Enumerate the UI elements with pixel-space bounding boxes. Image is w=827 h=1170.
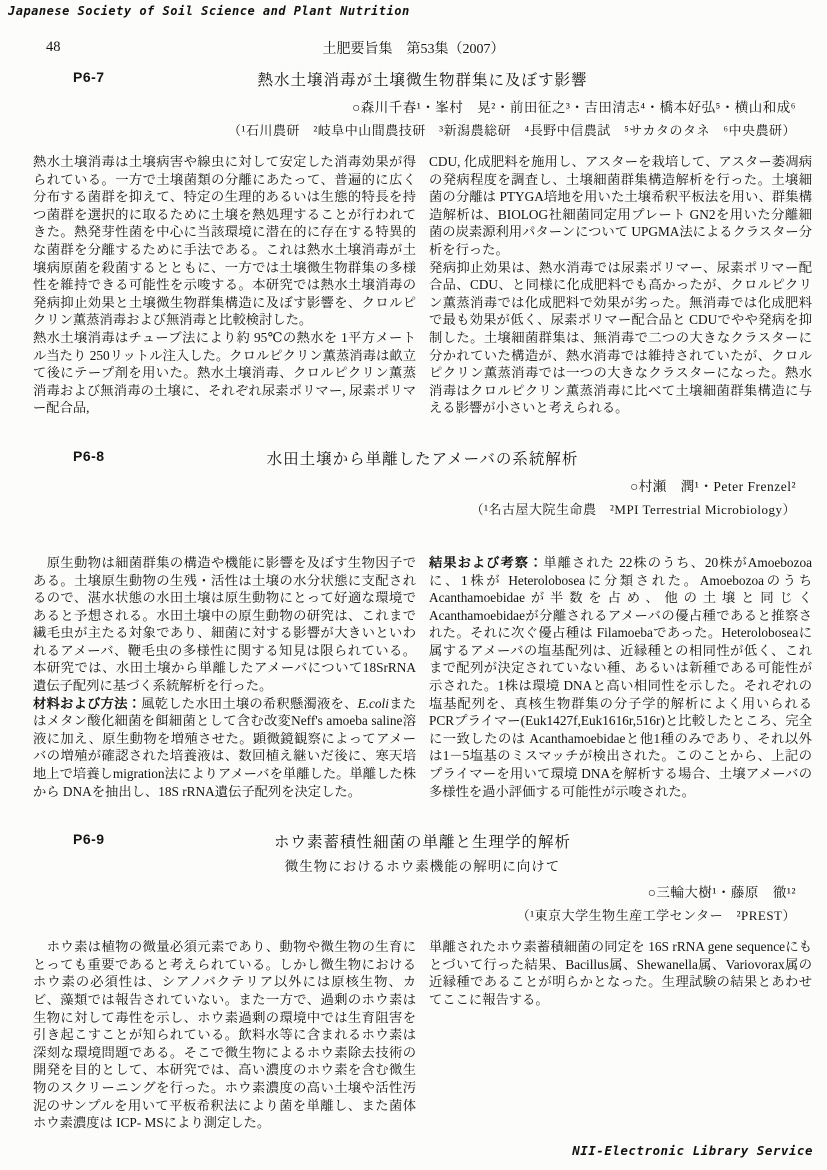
scanned-abstract-page: { "page": { "watermark": "Japanese Socie… — [0, 0, 827, 1170]
abstract-id: P6-7 — [73, 69, 105, 85]
body-paragraph: 熱水土壌消毒は土壌病害や線虫に対して安定した消毒効果が得られている。一方で土壌菌… — [33, 153, 416, 329]
page-content: P6-7 熱水土壌消毒が土壌微生物群集に及ぼす影響 ○森川千春¹・峯村 晃²・前… — [33, 68, 812, 1162]
body-right-column: 単離されたホウ素蓄積細菌の同定を 16S rRNA gene sequenceに… — [429, 938, 812, 1132]
abstract-authors: ○森川千春¹・峯村 晃²・前田征之³・吉田清志⁴・橋本好弘⁵・横山和成⁶ — [33, 96, 812, 116]
body-paragraph: CDU, 化成肥料を施用し、アスターを栽培して、アスター萎凋病の発病程度を調査し… — [429, 153, 812, 259]
abstract-p6-8: P6-8 水田土壌から単離したアメーバの系統解析 ○村瀬 潤¹・Peter Fr… — [33, 447, 812, 800]
abstract-p6-7: P6-7 熱水土壌消毒が土壌微生物群集に及ぼす影響 ○森川千春¹・峯村 晃²・前… — [33, 68, 812, 417]
body-left-column: 熱水土壌消毒は土壌病害や線虫に対して安定した消毒効果が得られている。一方で土壌菌… — [33, 153, 416, 417]
abstract-body: 原生動物は細菌群集の構造や機能に影響を及ぼす生物因子である。土壌原生動物の生残・… — [33, 554, 812, 800]
abstract-heading: P6-8 水田土壌から単離したアメーバの系統解析 — [33, 447, 812, 469]
abstract-p6-9: P6-9 ホウ素蓄積性細菌の単離と生理学的解析 微生物におけるホウ素機能の解明に… — [33, 830, 812, 1132]
abstract-affiliations: （¹石川農研 ²岐阜中山間農技研 ³新潟農総研 ⁴長野中信農試 ⁵サカタのタネ … — [33, 120, 812, 139]
body-paragraph: 単離されたホウ素蓄積細菌の同定を 16S rRNA gene sequenceに… — [429, 938, 812, 1008]
abstract-body: 熱水土壌消毒は土壌病害や線虫に対して安定した消毒効果が得られている。一方で土壌菌… — [33, 153, 812, 417]
abstract-title: ホウ素蓄積性細菌の単離と生理学的解析 — [274, 834, 571, 851]
abstract-affiliations: （¹名古屋大院生命農 ²MPI Terrestrial Microbiology… — [33, 499, 812, 518]
body-left-column: 原生動物は細菌群集の構造や機能に影響を及ぼす生物因子である。土壌原生動物の生残・… — [33, 554, 416, 800]
abstract-affiliations: （¹東京大学生物生産工学センター ²PREST） — [33, 905, 812, 924]
abstract-id: P6-9 — [73, 831, 105, 847]
abstract-body: ホウ素は植物の微量必須元素であり、動物や微生物の生育にとっても重要であると考えら… — [33, 938, 812, 1132]
abstract-id: P6-8 — [73, 448, 105, 464]
proceedings-header: 土肥要旨集 第53集（2007） — [0, 38, 827, 58]
body-paragraph: 熱水土壌消毒はチューブ法により約 95℃の熱水を 1平方メートル当たり 250リ… — [33, 329, 416, 417]
abstract-authors: ○村瀬 潤¹・Peter Frenzel² — [33, 475, 812, 495]
body-right-column: CDU, 化成肥料を施用し、アスターを栽培して、アスター萎凋病の発病程度を調査し… — [429, 153, 812, 417]
library-watermark: Japanese Society of Soil Science and Pla… — [8, 4, 410, 18]
body-right-column: 結果および考察：単離された 22株のうち、20株がAmoebozoaに、1株が … — [429, 554, 812, 800]
abstract-title: 熱水土壌消毒が土壌微生物群集に及ぼす影響 — [257, 72, 587, 89]
body-left-column: ホウ素は植物の微量必須元素であり、動物や微生物の生育にとっても重要であると考えら… — [33, 938, 416, 1132]
body-paragraph: 発病抑止効果は、熱水消毒では尿素ポリマー、尿素ポリマー配合品、CDU、と同様に化… — [429, 259, 812, 417]
abstract-heading: P6-9 ホウ素蓄積性細菌の単離と生理学的解析 — [33, 830, 812, 852]
body-paragraph: ホウ素は植物の微量必須元素であり、動物や微生物の生育にとっても重要であると考えら… — [33, 938, 416, 1132]
body-paragraph: 結果および考察：単離された 22株のうち、20株がAmoebozoaに、1株が … — [429, 554, 812, 800]
abstract-heading: P6-7 熱水土壌消毒が土壌微生物群集に及ぼす影響 — [33, 68, 812, 90]
abstract-authors: ○三輪大樹¹・藤原 徹¹² — [33, 881, 812, 901]
nii-footer: NII-Electronic Library Service — [572, 1143, 813, 1158]
body-paragraph: 原生動物は細菌群集の構造や機能に影響を及ぼす生物因子である。土壌原生動物の生残・… — [33, 554, 416, 695]
abstract-title: 水田土壌から単離したアメーバの系統解析 — [267, 451, 579, 468]
abstract-subtitle: 微生物におけるホウ素機能の解明に向けて — [33, 855, 812, 875]
body-paragraph: 材料および方法：風乾した水田土壌の希釈懸濁液を、E.coliまたはメタン酸化細菌… — [33, 695, 416, 801]
